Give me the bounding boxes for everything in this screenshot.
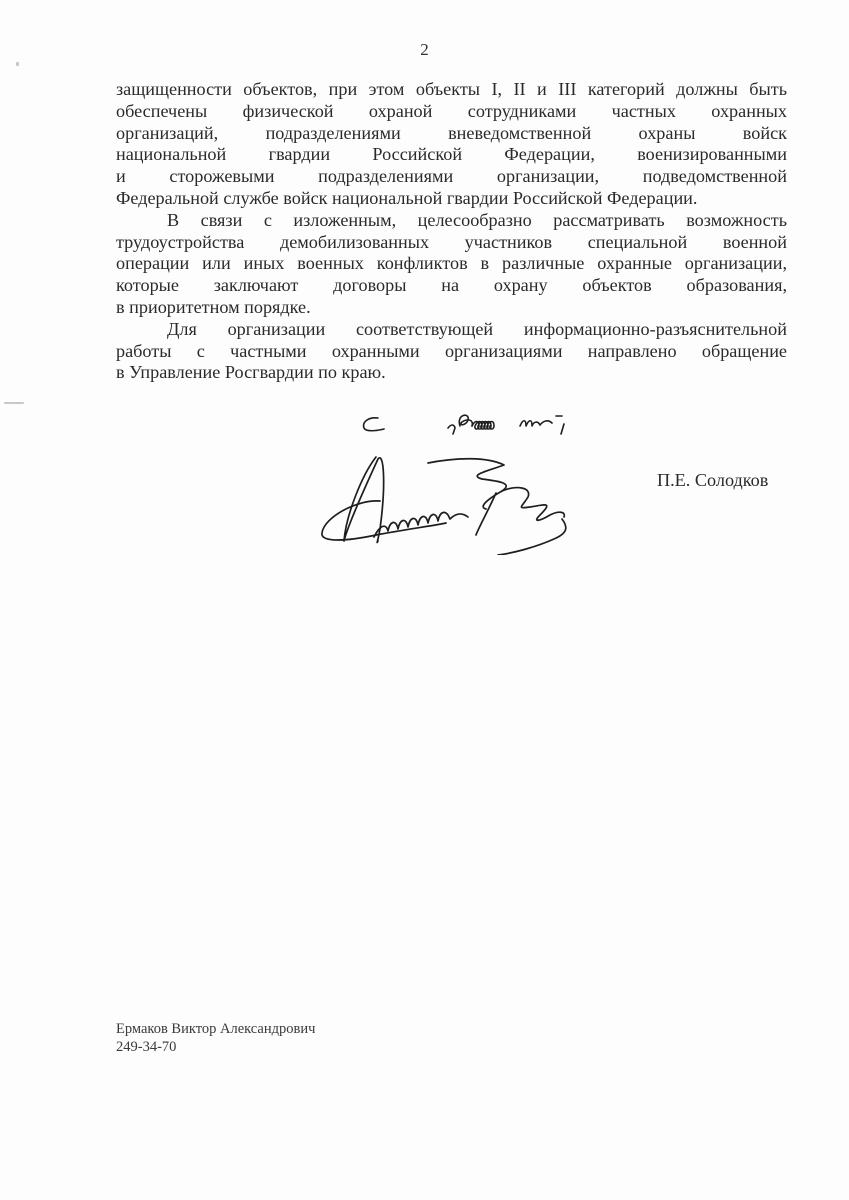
text-line: В связи с изложенным, целесообразно расс… [116,210,787,232]
text-line: операции или иных военных конфликтов в р… [116,253,787,275]
paragraph-1: защищенности объектов, при этом объекты … [116,79,787,210]
text-line: Для организации соответствующей информац… [116,319,787,341]
paragraph-3: Для организации соответствующей информац… [116,319,787,384]
text-line: трудоустройства демобилизованных участни… [116,232,787,254]
executor-info: Ермаков Виктор Александрович 249-34-70 [116,1020,315,1056]
letter-body: защищенности объектов, при этом объекты … [116,79,787,384]
text-line: работы с частными охранными организациям… [116,341,787,363]
text-line: и сторожевыми подразделениями организаци… [116,166,787,188]
text-line: в приоритетном порядке. [116,297,787,319]
scan-speck [16,62,19,66]
executor-phone: 249-34-70 [116,1038,315,1056]
handwritten-courtesy: С уважением, [352,404,652,444]
text-line: в Управление Росгвардии по краю. [116,362,787,384]
document-page: 2 защищенности объектов, при этом объект… [0,0,849,1200]
text-line: защищенности объектов, при этом объекты … [116,79,787,101]
text-line: Федеральной службе войск национальной гв… [116,188,787,210]
paragraph-2: В связи с изложенным, целесообразно расс… [116,210,787,319]
page-number: 2 [0,40,849,60]
text-line: национальной гвардии Российской Федераци… [116,144,787,166]
text-line: которые заключают договоры на охрану объ… [116,275,787,297]
signer-name: П.Е. Солодков [657,470,768,491]
text-line: обеспечены физической охраной сотрудника… [116,101,787,123]
text-line: организаций, подразделениями вневедомств… [116,123,787,145]
executor-name: Ермаков Виктор Александрович [116,1020,315,1038]
scan-speck [4,402,24,404]
signature [318,445,628,555]
